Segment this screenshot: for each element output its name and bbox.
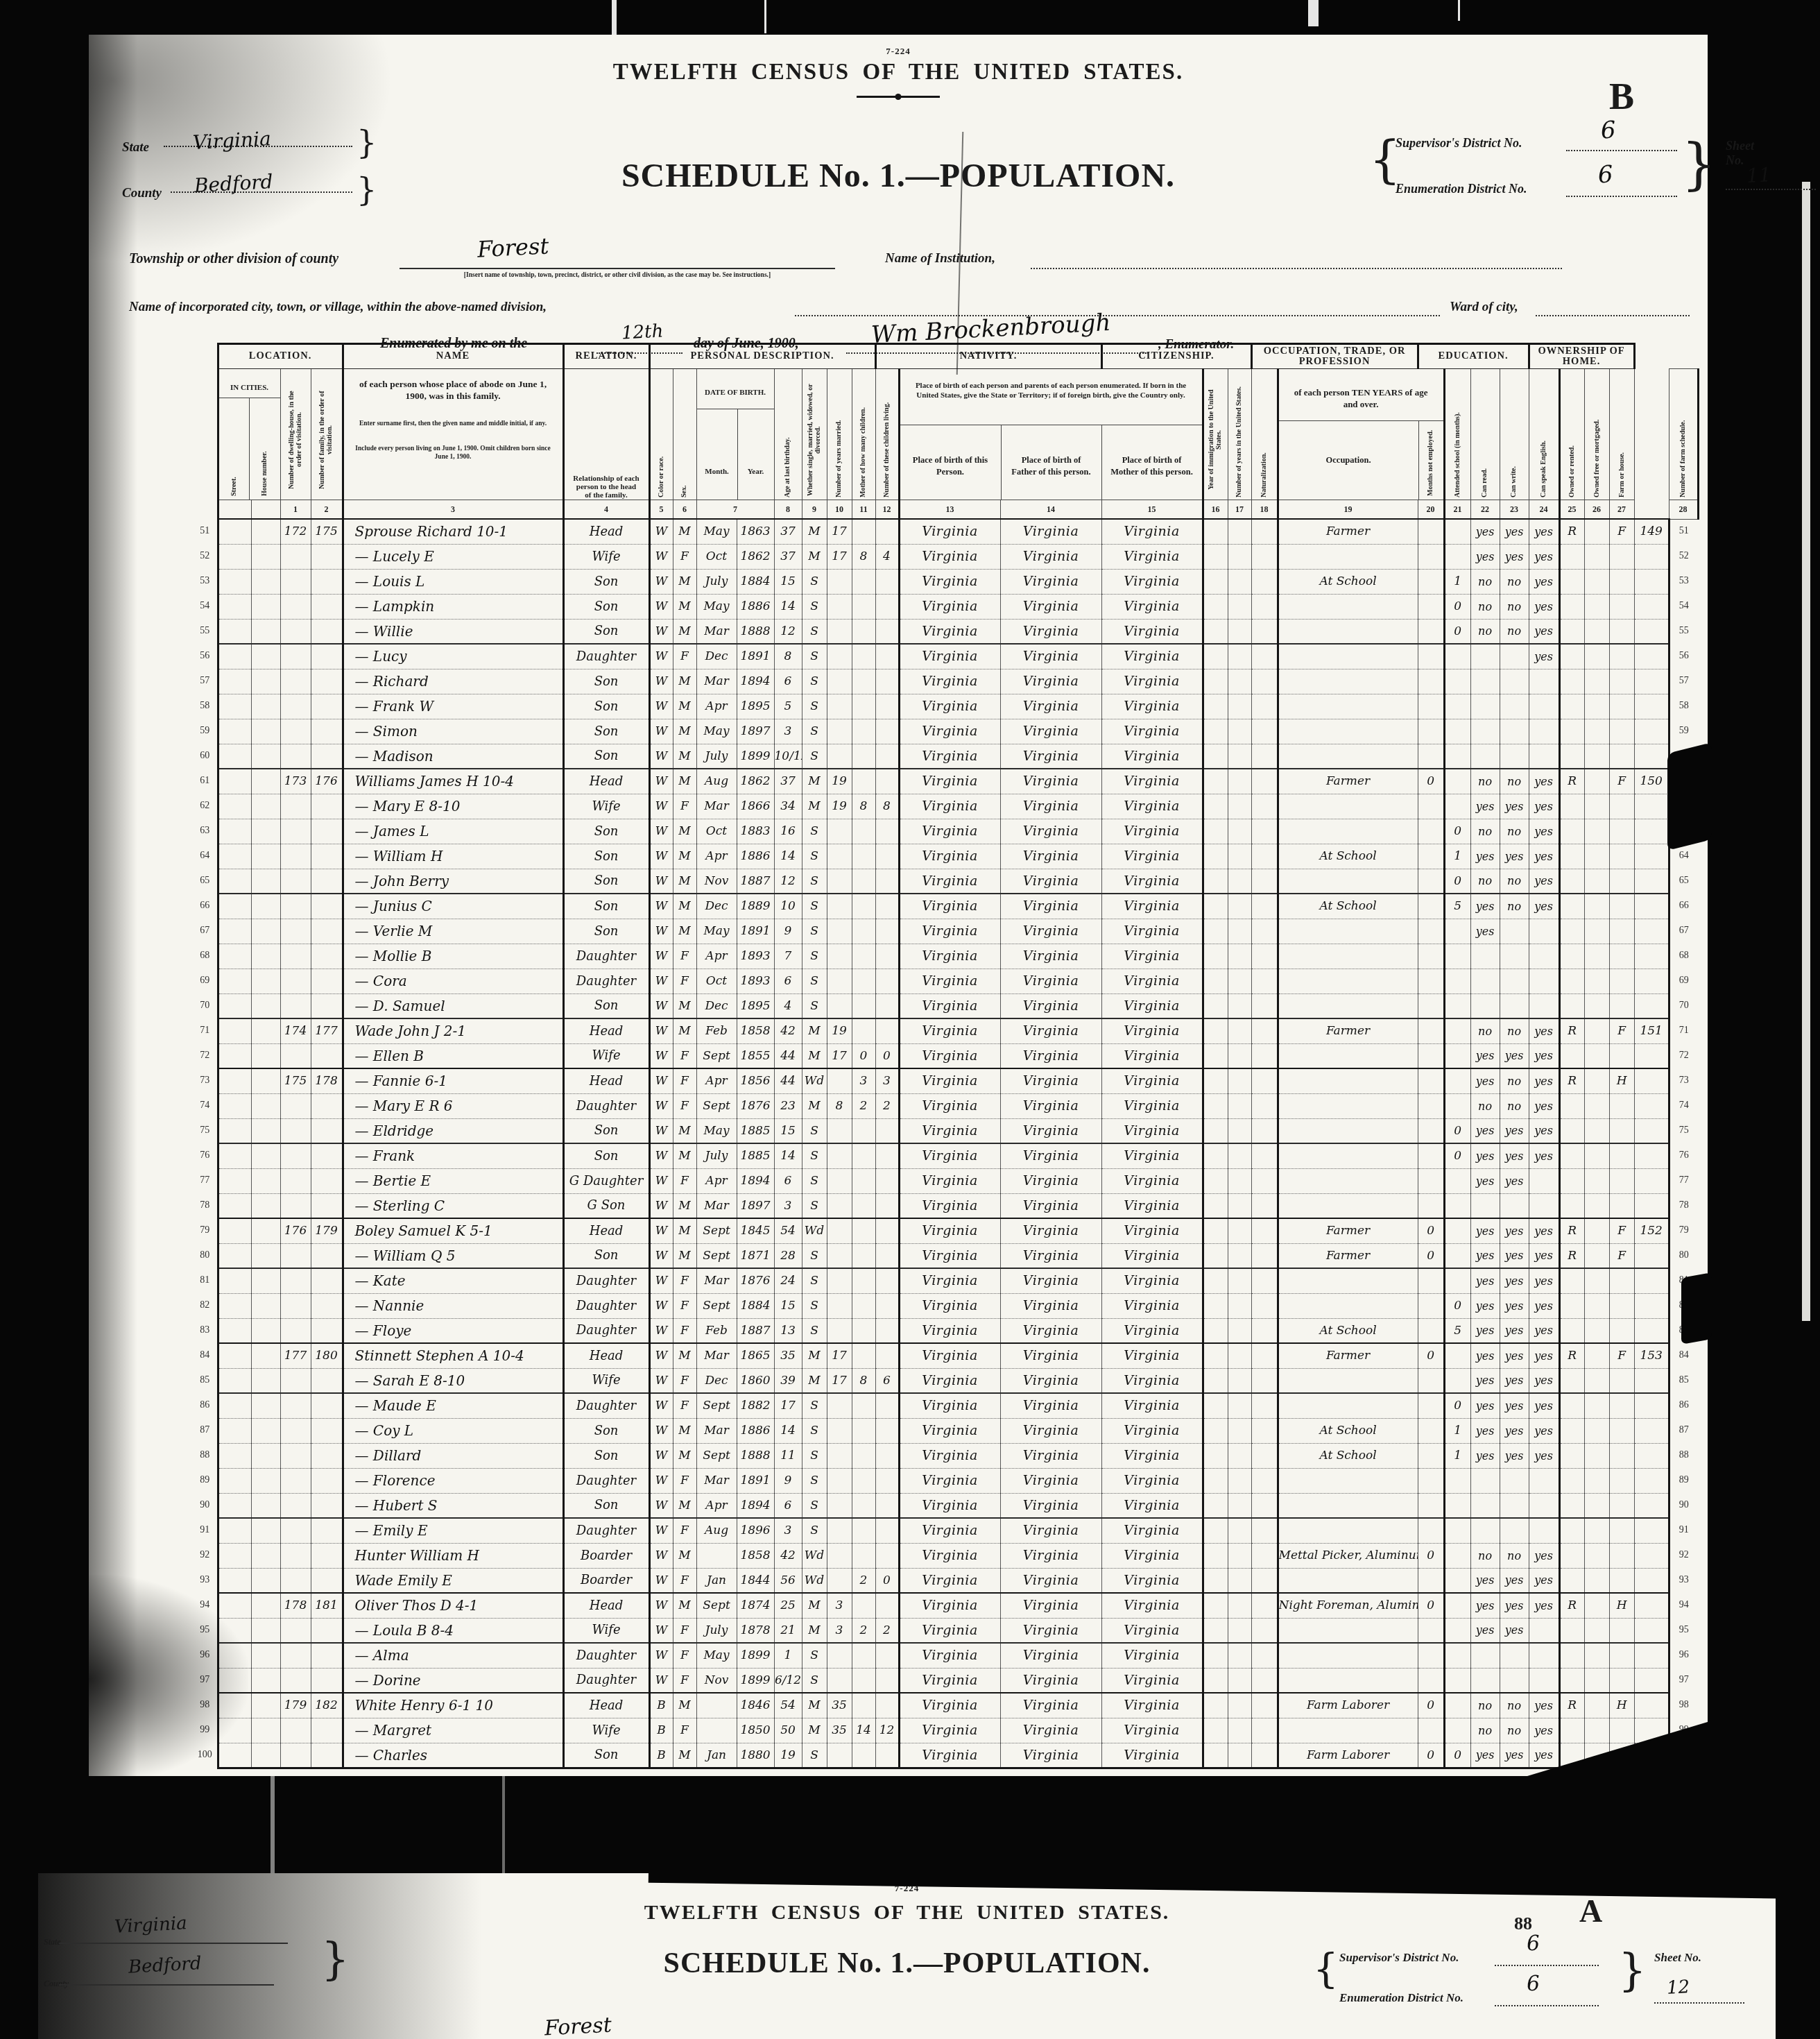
color: W — [649, 569, 673, 594]
pob-mother: Virginia — [1101, 894, 1203, 919]
can-speak-english — [1529, 1643, 1559, 1668]
children-living — [875, 969, 899, 993]
naturalization — [1251, 1018, 1278, 1043]
age: 50 — [774, 1718, 802, 1743]
table-row: 68— Mollie BDaughterWFApr18937SVirginiaV… — [193, 944, 1698, 969]
line-number: 79 — [193, 1218, 218, 1243]
county-value: Bedford — [128, 1953, 202, 1977]
mother-of — [852, 1318, 875, 1343]
can-write: no — [1500, 1543, 1529, 1568]
birth-month: Feb — [696, 1018, 737, 1043]
name: — Sarah E 8-10 — [343, 1368, 563, 1393]
immigration-year — [1203, 1668, 1228, 1693]
can-write: yes — [1500, 1443, 1529, 1468]
marital-status: Wd — [802, 1068, 827, 1093]
house-number — [251, 969, 280, 993]
line-number: 73 — [1669, 1068, 1698, 1093]
pob-person: Virginia — [899, 869, 1000, 894]
family-number — [311, 844, 343, 869]
pob-father: Virginia — [1000, 894, 1101, 919]
naturalization — [1251, 1368, 1278, 1393]
house-number — [251, 1393, 280, 1418]
children-living — [875, 1543, 899, 1568]
family-number: 180 — [311, 1343, 343, 1368]
mother-of — [852, 1643, 875, 1668]
naturalization — [1251, 1393, 1278, 1418]
line-number: 68 — [193, 944, 218, 969]
street — [218, 1218, 251, 1243]
pob-father: Virginia — [1000, 544, 1101, 569]
naturalization — [1251, 969, 1278, 993]
age: 56 — [774, 1568, 802, 1593]
birth-year: 1885 — [737, 1118, 774, 1143]
birth-year: 1884 — [737, 1293, 774, 1318]
line-number: 99 — [193, 1718, 218, 1743]
dwelling-number — [280, 1368, 311, 1393]
school-months — [1444, 1018, 1470, 1043]
pob-person: Virginia — [899, 1618, 1000, 1643]
dwelling-number — [280, 744, 311, 769]
farm-schedule — [1634, 919, 1669, 944]
pob-father: Virginia — [1000, 519, 1101, 544]
immigration-year — [1203, 719, 1228, 744]
line-number: 74 — [1669, 1093, 1698, 1118]
years-married: 35 — [827, 1693, 852, 1718]
school-months — [1444, 1243, 1470, 1268]
name: — Bertie E — [343, 1168, 563, 1193]
owned-rented — [1559, 694, 1584, 719]
birth-year: 1871 — [737, 1243, 774, 1268]
relation: Son — [563, 594, 649, 619]
line-number: 72 — [193, 1043, 218, 1068]
age: 9 — [774, 1468, 802, 1493]
street — [218, 794, 251, 819]
sex: F — [673, 544, 696, 569]
occupation — [1278, 1368, 1418, 1393]
pob-father: Virginia — [1000, 1318, 1101, 1343]
immigration-year — [1203, 1293, 1228, 1318]
can-speak-english: yes — [1529, 1568, 1559, 1593]
name: — Frank — [343, 1143, 563, 1168]
free-mortgaged — [1584, 1243, 1609, 1268]
relation: Son — [563, 744, 649, 769]
house-number — [251, 1318, 280, 1343]
birth-year: 1846 — [737, 1693, 774, 1718]
can-write: yes — [1500, 519, 1529, 544]
color: W — [649, 1218, 673, 1243]
children-living — [875, 1343, 899, 1368]
relation: Daughter — [563, 1293, 649, 1318]
can-write: yes — [1500, 1168, 1529, 1193]
house-number — [251, 519, 280, 544]
can-speak-english — [1529, 919, 1559, 944]
years-in-us — [1228, 1118, 1251, 1143]
house-number — [251, 569, 280, 594]
owned-rented — [1559, 1293, 1584, 1318]
dwelling-number — [280, 1743, 311, 1768]
table-row: 61173176Williams James H 10-4HeadWMAug18… — [193, 769, 1698, 794]
months-not-employed — [1418, 1718, 1444, 1743]
can-write: yes — [1500, 1268, 1529, 1293]
birth-month: Sept — [696, 1043, 737, 1068]
occupation: Mettal Picker, Aluminum — [1278, 1543, 1418, 1568]
marital-status: M — [802, 1343, 827, 1368]
mother-of — [852, 1168, 875, 1193]
color: W — [649, 744, 673, 769]
line-number: 92 — [193, 1543, 218, 1568]
farm-schedule: 153 — [1634, 1343, 1669, 1368]
sex: M — [673, 569, 696, 594]
mother-of — [852, 1543, 875, 1568]
table-row: 76— FrankSonWMJuly188514SVirginiaVirgini… — [193, 1143, 1698, 1168]
can-write: yes — [1500, 1418, 1529, 1443]
owned-rented: R — [1559, 1018, 1584, 1043]
district-brace-close: } — [1681, 132, 1717, 196]
col-marital-status: Whether single, married, widowed, or div… — [802, 369, 827, 500]
marital-status: S — [802, 1643, 827, 1668]
family-number: 182 — [311, 1693, 343, 1718]
owned-rented — [1559, 1468, 1584, 1493]
years-married — [827, 919, 852, 944]
line-number: 79 — [1669, 1218, 1698, 1243]
farm-house — [1609, 569, 1634, 594]
immigration-year — [1203, 1718, 1228, 1743]
family-number — [311, 1168, 343, 1193]
marital-status: S — [802, 993, 827, 1018]
scan-streak — [612, 0, 617, 36]
house-number — [251, 719, 280, 744]
owned-rented — [1559, 944, 1584, 969]
can-speak-english — [1529, 969, 1559, 993]
dwelling-number — [280, 1493, 311, 1518]
street — [218, 1718, 251, 1743]
marital-status: S — [802, 594, 827, 619]
pob-father: Virginia — [1000, 1243, 1101, 1268]
birth-month: Sept — [696, 1293, 737, 1318]
marital-status: S — [802, 869, 827, 894]
can-read: yes — [1470, 544, 1500, 569]
table-row: 97— DorineDaughterWFNov18996/12SVirginia… — [193, 1668, 1698, 1693]
mother-of — [852, 944, 875, 969]
pob-mother: Virginia — [1101, 694, 1203, 719]
family-number — [311, 1268, 343, 1293]
owned-rented — [1559, 1318, 1584, 1343]
age: 54 — [774, 1693, 802, 1718]
farm-house: F — [1609, 519, 1634, 544]
school-months — [1444, 669, 1470, 694]
immigration-year — [1203, 794, 1228, 819]
relation: Son — [563, 619, 649, 644]
pob-person: Virginia — [899, 919, 1000, 944]
line-number: 69 — [1669, 969, 1698, 993]
can-read — [1470, 1518, 1500, 1543]
house-number — [251, 1718, 280, 1743]
state-line — [59, 1943, 288, 1944]
sheet-value: 12 — [1666, 1977, 1690, 1999]
months-not-employed — [1418, 1093, 1444, 1118]
name: — Maude E — [343, 1393, 563, 1418]
can-speak-english: yes — [1529, 794, 1559, 819]
census-table: LOCATION. NAME RELATION. PERSONAL DESCRI… — [193, 343, 1699, 1769]
occupation — [1278, 819, 1418, 844]
house-number — [251, 1443, 280, 1468]
can-read: yes — [1470, 1418, 1500, 1443]
township-label: Township or other division of county — [129, 251, 338, 267]
birth-month: Sept — [696, 1218, 737, 1243]
school-months: 1 — [1444, 1418, 1470, 1443]
months-not-employed — [1418, 1068, 1444, 1093]
dwelling-number: 178 — [280, 1593, 311, 1618]
free-mortgaged — [1584, 1218, 1609, 1243]
dwelling-number — [280, 869, 311, 894]
marital-status: S — [802, 1318, 827, 1343]
name: — Loula B 8-4 — [343, 1618, 563, 1643]
line-number: 65 — [1669, 869, 1698, 894]
pob-person: Virginia — [899, 1443, 1000, 1468]
street — [218, 1493, 251, 1518]
years-in-us — [1228, 619, 1251, 644]
naturalization — [1251, 1068, 1278, 1093]
pob-person: Virginia — [899, 1318, 1000, 1343]
farm-schedule — [1634, 1518, 1669, 1543]
color: W — [649, 1543, 673, 1568]
can-write — [1500, 669, 1529, 694]
owned-rented: R — [1559, 1068, 1584, 1093]
months-not-employed — [1418, 719, 1444, 744]
line-number: 91 — [1669, 1518, 1698, 1543]
free-mortgaged — [1584, 969, 1609, 993]
can-speak-english: yes — [1529, 1718, 1559, 1743]
col-attended-school: Attended school (in months). — [1444, 369, 1470, 500]
family-number — [311, 669, 343, 694]
age: 8 — [774, 644, 802, 669]
years-in-us — [1228, 1293, 1251, 1318]
can-read: yes — [1470, 1243, 1500, 1268]
age: 15 — [774, 569, 802, 594]
relation: Daughter — [563, 1468, 649, 1493]
marital-status: S — [802, 1668, 827, 1693]
years-in-us — [1228, 519, 1251, 544]
school-months — [1444, 794, 1470, 819]
relation: Head — [563, 1693, 649, 1718]
dwelling-number — [280, 1718, 311, 1743]
marital-status: S — [802, 1168, 827, 1193]
months-not-employed — [1418, 869, 1444, 894]
can-read — [1470, 1643, 1500, 1668]
children-living: 0 — [875, 1043, 899, 1068]
enumeration-value: 6 — [1597, 160, 1614, 189]
line-number: 58 — [193, 694, 218, 719]
line-number: 55 — [193, 619, 218, 644]
house-number — [251, 1343, 280, 1368]
mother-of — [852, 719, 875, 744]
free-mortgaged — [1584, 1143, 1609, 1168]
color: W — [649, 1043, 673, 1068]
can-write — [1500, 1643, 1529, 1668]
house-number — [251, 1043, 280, 1068]
color: W — [649, 1318, 673, 1343]
can-read: yes — [1470, 1268, 1500, 1293]
can-write: no — [1500, 1018, 1529, 1043]
relation: Daughter — [563, 1268, 649, 1293]
pob-father: Virginia — [1000, 1568, 1101, 1593]
owned-rented — [1559, 1718, 1584, 1743]
enumerated-day: 12th — [621, 321, 664, 343]
color: W — [649, 519, 673, 544]
scan-notch — [1681, 1272, 1712, 1345]
state-value: Virginia — [114, 1913, 187, 1937]
farm-schedule — [1634, 1568, 1669, 1593]
line-number: 52 — [1669, 544, 1698, 569]
state-value: Virginia — [192, 127, 271, 154]
children-living — [875, 694, 899, 719]
birth-month: Mar — [696, 1418, 737, 1443]
occupation — [1278, 694, 1418, 719]
years-in-us — [1228, 694, 1251, 719]
farm-house — [1609, 694, 1634, 719]
pob-person: Virginia — [899, 1468, 1000, 1493]
immigration-year — [1203, 1093, 1228, 1118]
line-number: 54 — [193, 594, 218, 619]
occupation — [1278, 1043, 1418, 1068]
marital-status: S — [802, 619, 827, 644]
can-write: yes — [1500, 1218, 1529, 1243]
marital-status: S — [802, 1243, 827, 1268]
relation: Son — [563, 844, 649, 869]
years-married — [827, 869, 852, 894]
relation: Son — [563, 869, 649, 894]
line-number: 71 — [1669, 1018, 1698, 1043]
years-married: 19 — [827, 1018, 852, 1043]
birth-month: Jan — [696, 1568, 737, 1593]
months-not-employed — [1418, 1018, 1444, 1043]
name: — William H — [343, 844, 563, 869]
relation: Son — [563, 694, 649, 719]
birth-month: July — [696, 1618, 737, 1643]
census-page-b: 7-224 TWELFTH CENSUS OF THE UNITED STATE… — [89, 35, 1708, 1776]
pob-father: Virginia — [1000, 919, 1101, 944]
farm-house — [1609, 919, 1634, 944]
line-number: 78 — [193, 1193, 218, 1218]
line-number: 64 — [193, 844, 218, 869]
months-not-employed — [1418, 594, 1444, 619]
school-months — [1444, 1168, 1470, 1193]
line-number: 71 — [193, 1018, 218, 1043]
birth-year: 1886 — [737, 844, 774, 869]
street — [218, 944, 251, 969]
pob-mother: Virginia — [1101, 1443, 1203, 1468]
can-write: no — [1500, 1718, 1529, 1743]
birth-month: Apr — [696, 944, 737, 969]
children-living — [875, 919, 899, 944]
immigration-year — [1203, 1643, 1228, 1668]
pob-mother: Virginia — [1101, 869, 1203, 894]
pob-mother: Virginia — [1101, 1593, 1203, 1618]
school-months — [1444, 1218, 1470, 1243]
school-months — [1444, 719, 1470, 744]
mother-of — [852, 1743, 875, 1768]
school-months — [1444, 694, 1470, 719]
family-number — [311, 1493, 343, 1518]
line-number: 86 — [1669, 1393, 1698, 1418]
family-number — [311, 869, 343, 894]
occupation — [1278, 1393, 1418, 1418]
years-in-us — [1228, 719, 1251, 744]
table-row: 83— FloyeDaughterWFFeb188713SVirginiaVir… — [193, 1318, 1698, 1343]
farm-schedule — [1634, 1443, 1669, 1468]
line-number: 82 — [193, 1293, 218, 1318]
can-write — [1500, 719, 1529, 744]
can-read: yes — [1470, 794, 1500, 819]
immigration-year — [1203, 769, 1228, 794]
can-speak-english: yes — [1529, 1443, 1559, 1468]
pob-mother: Virginia — [1101, 1543, 1203, 1568]
sex: F — [673, 1293, 696, 1318]
relation: G Daughter — [563, 1168, 649, 1193]
years-in-us — [1228, 1493, 1251, 1518]
farm-house — [1609, 1718, 1634, 1743]
years-in-us — [1228, 1393, 1251, 1418]
table-row: 90— Hubert SSonWMApr18946SVirginiaVirgin… — [193, 1493, 1698, 1518]
can-read — [1470, 744, 1500, 769]
years-in-us — [1228, 1618, 1251, 1643]
marital-status: S — [802, 1743, 827, 1768]
school-months — [1444, 1068, 1470, 1093]
house-number — [251, 1543, 280, 1568]
years-married — [827, 1243, 852, 1268]
school-months — [1444, 1518, 1470, 1543]
can-speak-english: yes — [1529, 1043, 1559, 1068]
farm-schedule — [1634, 1043, 1669, 1068]
months-not-employed: 0 — [1418, 1218, 1444, 1243]
mother-of — [852, 844, 875, 869]
line-number: 87 — [193, 1418, 218, 1443]
house-number — [251, 619, 280, 644]
occupation — [1278, 1093, 1418, 1118]
dwelling-number — [280, 1668, 311, 1693]
can-read: yes — [1470, 1743, 1500, 1768]
col-can-speak-english: Can speak English. — [1529, 369, 1559, 500]
pob-mother: Virginia — [1101, 1368, 1203, 1393]
age: 42 — [774, 1543, 802, 1568]
line-number: 55 — [1669, 619, 1698, 644]
sheet-value: 11 — [1746, 163, 1771, 187]
line-number: 100 — [193, 1743, 218, 1768]
school-months — [1444, 1268, 1470, 1293]
birth-month: May — [696, 594, 737, 619]
birth-year: 1856 — [737, 1068, 774, 1093]
birth-month: Apr — [696, 1168, 737, 1193]
birth-year: 1887 — [737, 1318, 774, 1343]
can-speak-english: yes — [1529, 594, 1559, 619]
farm-schedule — [1634, 1668, 1669, 1693]
color: W — [649, 669, 673, 694]
birth-year: 1863 — [737, 519, 774, 544]
name: — Nannie — [343, 1293, 563, 1318]
immigration-year — [1203, 1468, 1228, 1493]
house-number — [251, 1243, 280, 1268]
years-in-us — [1228, 1218, 1251, 1243]
free-mortgaged — [1584, 1268, 1609, 1293]
naturalization — [1251, 1193, 1278, 1218]
months-not-employed — [1418, 819, 1444, 844]
farm-schedule — [1634, 1493, 1669, 1518]
age: 39 — [774, 1368, 802, 1393]
mother-of — [852, 819, 875, 844]
farm-schedule — [1634, 944, 1669, 969]
street — [218, 1393, 251, 1418]
birth-year: 1865 — [737, 1343, 774, 1368]
